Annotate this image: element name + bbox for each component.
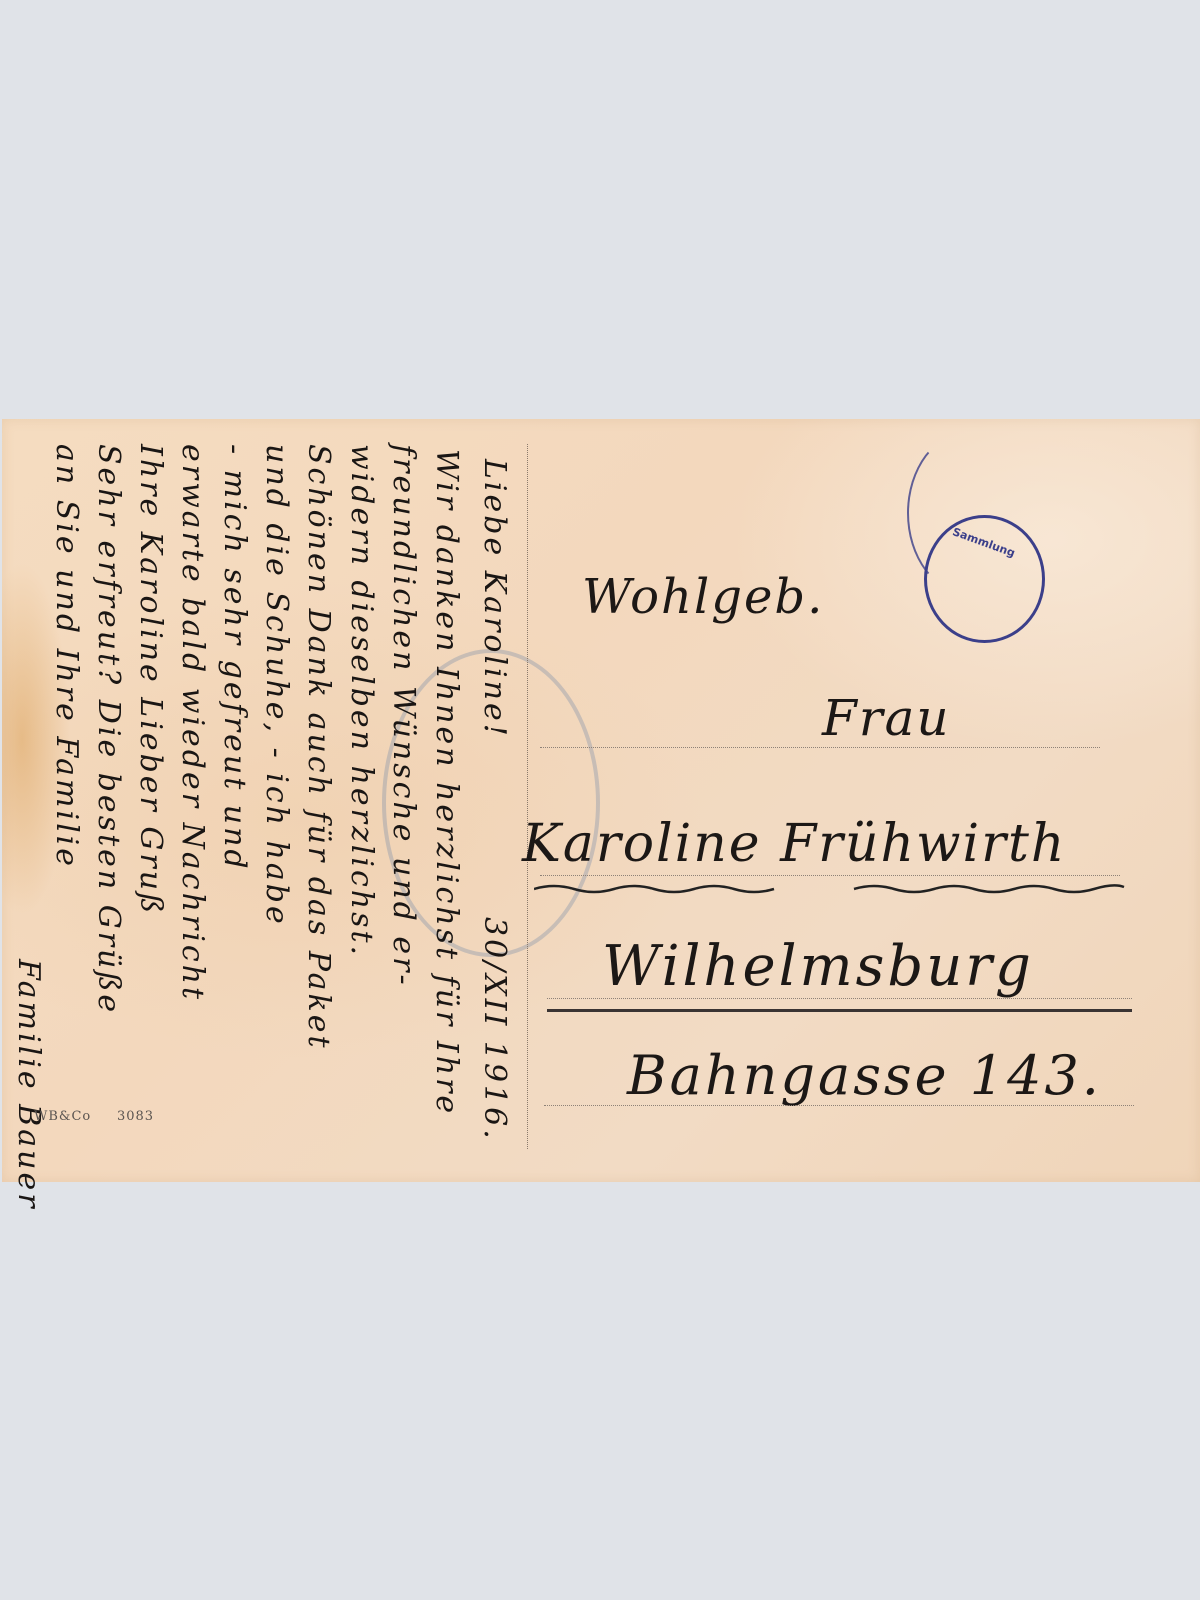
address-city: Wilhelmsburg	[602, 934, 1034, 999]
card-divider	[527, 444, 528, 1149]
publisher-mark: WB&Co	[34, 1109, 91, 1124]
message-area: 30/XII 1916. Liebe Karoline! Wir danken …	[24, 439, 524, 1159]
publisher-imprint: WB&Co 3083	[34, 1109, 154, 1124]
message-line: widern dieselben herzlichst.	[344, 444, 379, 958]
address-street: Bahngasse 143.	[627, 1044, 1102, 1107]
message-line: - mich sehr gefreut und	[217, 444, 252, 872]
message-line: Schönen Dank auch für das Paket	[301, 444, 336, 1051]
address-honorific: Wohlgeb.	[582, 569, 824, 625]
message-line: erwarte bald wieder Nachricht	[175, 444, 210, 1002]
publisher-number: 3083	[117, 1109, 154, 1124]
message-date: 30/XII 1916.	[477, 917, 512, 1142]
address-line-4	[544, 1105, 1134, 1106]
message-line: Wir danken Ihnen herzlichst für Ihre	[429, 449, 464, 1116]
city-underline	[547, 1009, 1132, 1012]
address-title: Frau	[822, 689, 951, 747]
message-line: Sehr erfreut? Die besten Grüße	[91, 444, 126, 1015]
message-line: Ihre Karoline Lieber Gruß	[133, 444, 168, 916]
message-salutation: Liebe Karoline!	[477, 459, 512, 739]
message-line: und die Schuhe, - ich habe	[259, 444, 294, 927]
address-name: Karoline Frühwirth	[522, 814, 1066, 874]
message-line: an Sie und Ihre Familie	[49, 444, 84, 869]
name-underline	[534, 881, 1134, 895]
postcard: 30/XII 1916. Liebe Karoline! Wir danken …	[2, 419, 1200, 1182]
censor-stamp-round: Sammlung	[924, 515, 1045, 643]
address-line-1	[540, 747, 1100, 748]
address-line-2	[540, 875, 1120, 876]
stamp-text: Sammlung	[951, 525, 1017, 560]
address-line-3	[547, 998, 1132, 999]
message-line: freundlichen Wünsche und er-	[386, 444, 421, 988]
message-signature: Familie Bauer	[11, 959, 46, 1211]
